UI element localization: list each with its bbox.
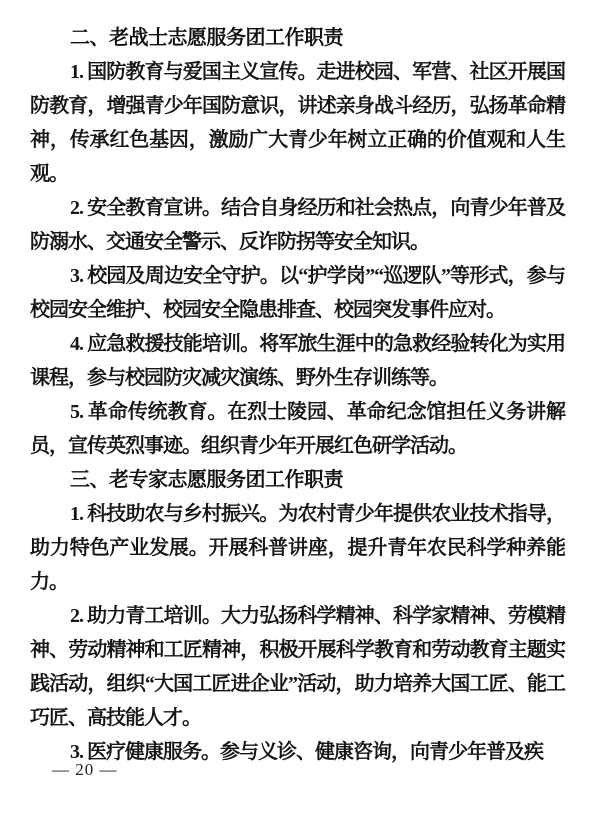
paragraph-veteran-5: 5. 革命传统教育。在烈士陵园、革命纪念馆担任义务讲解员，宣传英烈事迹。组织青少…	[30, 395, 565, 463]
paragraph-expert-1: 1. 科技助农与乡村振兴。为农村青少年提供农业技术指导，助力特色产业发展。开展科…	[30, 497, 565, 599]
paragraph-veteran-1: 1. 国防教育与爱国主义宣传。走进校园、军营、社区开展国防教育，增强青少年国防意…	[30, 55, 565, 191]
paragraph-veteran-4: 4. 应急救援技能培训。将军旅生涯中的急救经验转化为实用课程，参与校园防灾减灾演…	[30, 327, 565, 395]
document-page: 二、老战士志愿服务团工作职责 1. 国防教育与爱国主义宣传。走进校园、军营、社区…	[0, 0, 594, 823]
section-heading-veteran-team: 二、老战士志愿服务团工作职责	[30, 21, 565, 55]
page-number: — 20 —	[52, 760, 118, 780]
document-body: 二、老战士志愿服务团工作职责 1. 国防教育与爱国主义宣传。走进校园、军营、社区…	[30, 21, 565, 769]
paragraph-veteran-2: 2. 安全教育宣讲。结合自身经历和社会热点，向青少年普及防溺水、交通安全警示、反…	[30, 191, 565, 259]
section-heading-expert-team: 三、老专家志愿服务团工作职责	[30, 463, 565, 497]
paragraph-expert-2: 2. 助力青工培训。大力弘扬科学精神、科学家精神、劳模精神、劳动精神和工匠精神，…	[30, 599, 565, 735]
paragraph-veteran-3: 3. 校园及周边安全守护。以“护学岗”“巡逻队”等形式，参与校园安全维护、校园安…	[30, 259, 565, 327]
